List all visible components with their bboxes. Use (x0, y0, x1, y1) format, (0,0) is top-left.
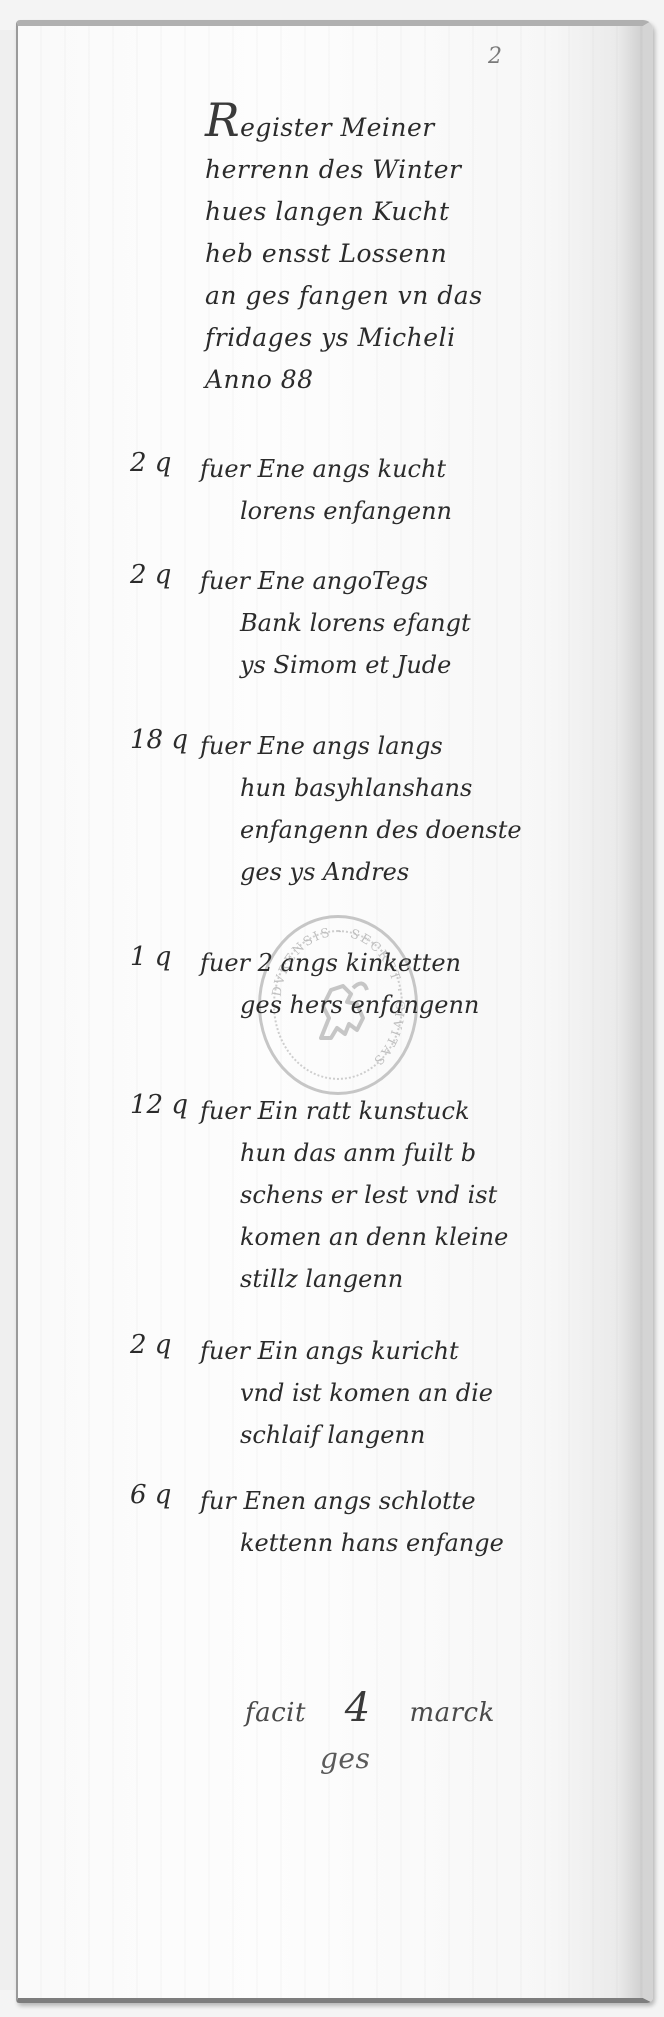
entry-text: fuer Ene angs kucht lorens enfangenn (200, 448, 630, 532)
binding-edge (0, 30, 17, 1990)
entry-amount: 18 q (130, 725, 200, 755)
entry-amount: 2 q (130, 560, 200, 590)
heading-line-1: Register Meiner (205, 100, 625, 149)
heading-line-3: hues langen Kucht (205, 191, 625, 233)
total-label: facit (245, 1698, 306, 1728)
heading-line-5: an ges fangen vn das (205, 275, 625, 317)
entry-amount: 1 q (130, 942, 200, 972)
heading-line-2: herrenn des Winter (205, 149, 625, 191)
entry-text: fuer 2 angs kinketten ges hers enfangenn (200, 942, 630, 1026)
total-value: 4 (345, 1685, 371, 1731)
entry-text: fuer Ein angs kuricht vnd ist komen an d… (200, 1330, 630, 1456)
entry-amount: 6 q (130, 1480, 200, 1510)
entry-amount: 2 q (130, 448, 200, 478)
heading-line-7: Anno 88 (205, 359, 625, 401)
total-unit: marck (409, 1698, 494, 1728)
heading-line-6: fridages ys Micheli (205, 317, 625, 359)
scribe-signature: ges (245, 1736, 495, 1782)
entry-amount: 2 q (130, 1330, 200, 1360)
register-total: facit 4 marck ges (245, 1685, 495, 1782)
entry-text: fuer Ene angoTegs Bank lorens efangt ys … (200, 560, 630, 686)
entry-text: fur Enen angs schlotte kettenn hans enfa… (200, 1480, 630, 1564)
heading-line-4: heb ensst Lossenn (205, 233, 625, 275)
drop-cap: R (205, 93, 240, 147)
entry-amount: 12 q (130, 1090, 200, 1120)
register-heading: Register Meiner herrenn des Winter hues … (205, 100, 625, 401)
entry-text: fuer Ein ratt kunstuck hun das anm fuilt… (200, 1090, 630, 1300)
entry-text: fuer Ene angs langs hun basyhlanshans en… (200, 725, 630, 893)
folio-number: 2 (488, 44, 502, 69)
